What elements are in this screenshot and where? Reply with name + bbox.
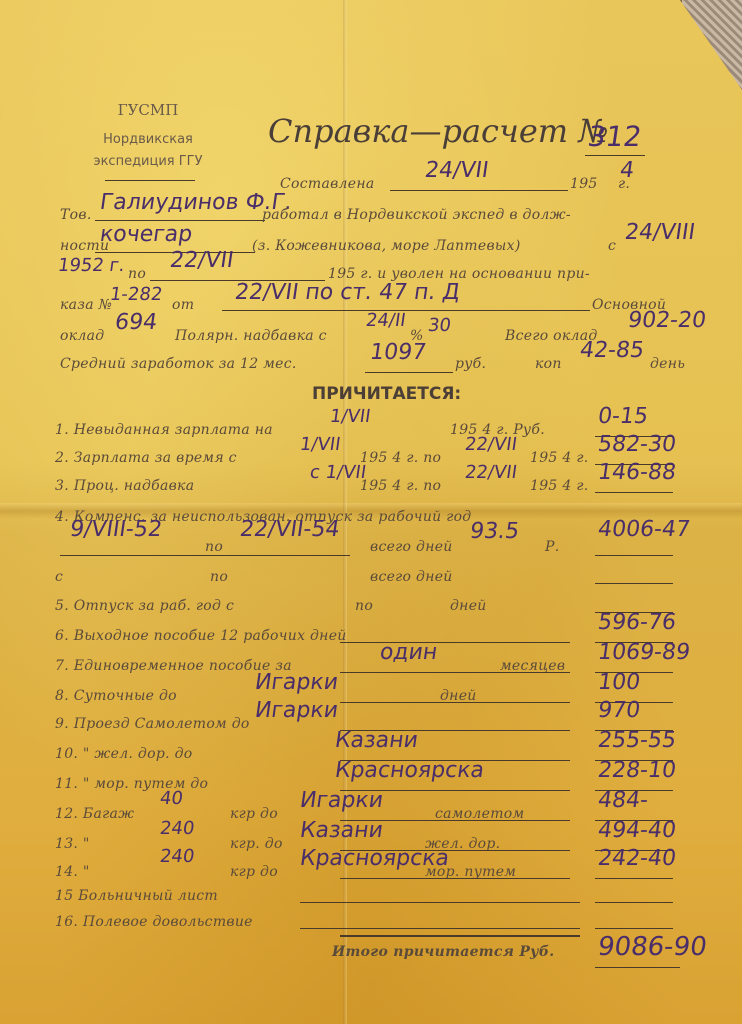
item-destination: один <box>378 640 439 665</box>
item-mid: 195 4 г. по <box>360 478 441 494</box>
org-name: ГУСМП <box>88 100 208 120</box>
item-label: с <box>55 569 63 585</box>
day-label: день <box>650 356 685 372</box>
compiled-line <box>390 190 568 191</box>
item-label: 13. " <box>55 836 90 852</box>
item-label: 6. Выходное пособие 12 рабочих дней <box>55 628 347 644</box>
from-year: 1952 г. <box>57 255 127 276</box>
order-number: 1-282 <box>109 284 164 305</box>
total-top-line <box>340 935 580 937</box>
item-fill-date: 1/VII <box>299 434 342 455</box>
item-amount: 4006-47 <box>596 517 691 542</box>
item-label: 8. Суточные до <box>55 688 177 704</box>
item-kg-label: кгр до <box>230 806 278 822</box>
per-day: 42-85 <box>578 338 645 363</box>
item-period-to: 22/VII-54 <box>238 517 341 542</box>
doc-title: Справка—расчет № <box>268 112 609 150</box>
salary-label: оклад <box>60 328 104 344</box>
avg-rub: 1097 <box>368 340 428 365</box>
item-label: 5. Отпуск за раб. год с <box>55 598 234 614</box>
rub-label: руб. <box>455 356 486 372</box>
item-amount: 582-30 <box>596 432 677 457</box>
item-line <box>340 672 570 673</box>
item-line <box>300 902 580 903</box>
item-destination: Казани <box>333 728 419 753</box>
doc-number: 312 <box>586 120 644 153</box>
item-amount: 596-76 <box>596 610 677 635</box>
item-kg: 240 <box>159 818 196 839</box>
item-amount: 970 <box>596 698 642 723</box>
item-kg-label: кгр до <box>230 864 278 880</box>
item-amount: 242-40 <box>596 846 677 871</box>
item-amount: 1069-89 <box>596 640 691 665</box>
item-line <box>340 642 570 643</box>
item-amount: 100 <box>596 670 642 695</box>
to-date: 22/VII <box>168 248 235 273</box>
order-label: каза № <box>60 297 112 313</box>
salary-value: 694 <box>113 310 159 335</box>
item-label: 10. " жел. дор. до <box>55 746 192 762</box>
order-date: 22/VII по ст. 47 п. Д <box>233 280 461 305</box>
item-amount-line <box>595 583 673 584</box>
to-label: по <box>128 266 146 282</box>
item-fill-date: с 1/VII <box>309 462 368 483</box>
compiled-date: 24/VII <box>423 158 490 183</box>
item-kg: 240 <box>159 846 196 867</box>
item-label: 3. Проц. надбавка <box>55 478 194 494</box>
item-days-label: всего дней <box>370 539 453 555</box>
item-destination: Игарки <box>298 788 385 813</box>
item-amount: 255-55 <box>596 728 677 753</box>
item-period-from: 9/VIII-52 <box>68 517 163 542</box>
location-text: (з. Кожевникова, море Лаптевых) <box>252 238 521 254</box>
item-amount: 0-15 <box>596 404 649 429</box>
item-label: 1. Невыданная зарплата на <box>55 422 273 438</box>
compiled-year: 195 <box>570 176 598 192</box>
item-amount: 484- <box>596 788 649 813</box>
polar-pct: 30 <box>427 315 453 336</box>
order-from-label: от <box>172 297 194 313</box>
from-date: 24/VIII <box>623 220 696 245</box>
item-to-label: по <box>210 569 228 585</box>
item-destination: Красноярска <box>298 846 451 871</box>
item-amount-line <box>595 902 673 903</box>
grand-total-amount: 9086-90 <box>596 932 709 962</box>
item-days-label: всего дней <box>370 569 453 585</box>
grand-total-label: Итого причитается Руб. <box>332 944 554 960</box>
org-underline <box>105 180 195 181</box>
item-line <box>340 702 570 703</box>
item-destination: Красноярска <box>333 758 486 783</box>
item-to-label: по <box>355 598 373 614</box>
item-label: 15 Больничный лист <box>55 888 218 904</box>
compiled-label: Составлена <box>280 176 375 192</box>
item-destination: Казани <box>298 818 384 843</box>
tov-label: Тов. <box>60 207 92 223</box>
item-label: 14. " <box>55 864 90 880</box>
item-mid2: 195 4 г. <box>530 478 588 494</box>
item-amount-line <box>595 492 673 493</box>
item-mid2: 195 4 г. <box>530 450 588 466</box>
item-days-label: дней <box>450 598 487 614</box>
position-value: кочегар <box>98 222 194 247</box>
item-amount: 228-10 <box>596 758 677 783</box>
item-amount-line <box>595 878 673 879</box>
item-r-label: Р. <box>545 539 559 555</box>
item-line <box>300 928 580 929</box>
compiled-year-unit: г. <box>618 176 630 192</box>
item-line <box>340 878 570 879</box>
worked-text: работал в Нордвикской экспед в долж- <box>262 207 571 223</box>
item-line <box>60 555 350 556</box>
item-fill-date2: 22/VII <box>464 434 519 455</box>
item-days: 93.5 <box>468 519 520 544</box>
due-heading: ПРИЧИТАЕТСЯ: <box>312 384 461 404</box>
item-label: 9. Проезд Самолетом до <box>55 716 250 732</box>
kop-label: коп <box>535 356 562 372</box>
org-ggu: экспедиция ГГУ <box>78 152 218 172</box>
org-expedition: Нордвикская <box>78 130 218 150</box>
item-to-label: по <box>205 539 223 555</box>
total-salary: 902-20 <box>626 308 707 333</box>
polar-label: Полярн. надбавка с <box>175 328 327 344</box>
item-label: 11. " мор. путем до <box>55 776 208 792</box>
item-label: 12. Багаж <box>55 806 134 822</box>
item-amount: 146-88 <box>596 460 677 485</box>
item-label: 16. Полевое довольствие <box>55 914 253 930</box>
item-mid: 195 4 г. по <box>360 450 441 466</box>
avg-line <box>365 372 453 373</box>
item-kg-label: кгр. до <box>230 836 283 852</box>
polar-from: 24/II <box>365 310 408 331</box>
doc-number-line <box>585 155 645 156</box>
item-amount: 494-40 <box>596 818 677 843</box>
from-label: с <box>608 238 616 254</box>
avg-label: Средний заработок за 12 мес. <box>60 356 297 372</box>
item-fill-date2: 22/VII <box>464 462 519 483</box>
item-kg: 40 <box>159 788 185 809</box>
item-amount-line <box>595 928 673 929</box>
item-amount-line <box>595 555 673 556</box>
item-destination: Игарки <box>253 698 340 723</box>
item-destination: Игарки <box>253 670 340 695</box>
name-line <box>95 220 265 221</box>
item-label: 2. Зарплата за время с <box>55 450 237 466</box>
total-underline <box>595 967 680 968</box>
item-fill-date: 1/VII <box>329 406 372 427</box>
